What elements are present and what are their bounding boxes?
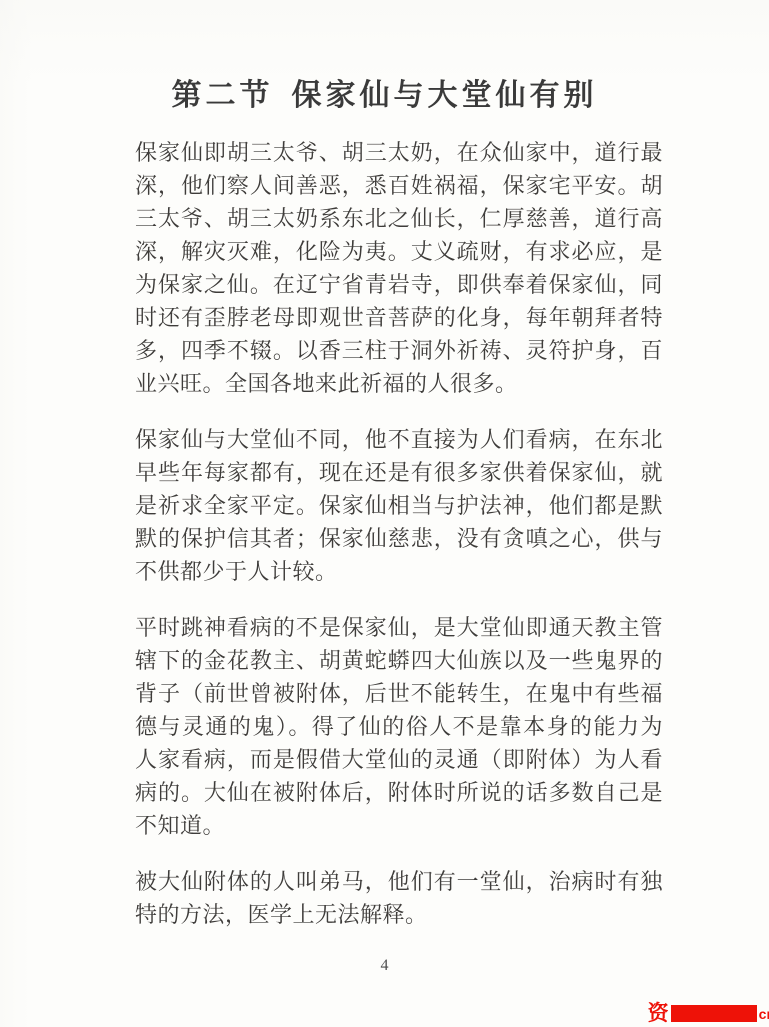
watermark: 资 cn — [648, 1003, 769, 1023]
body-text: 保家仙即胡三太爷、胡三太奶，在众仙家中，道行最深，他们察人间善恶，悉百姓祸福，保… — [135, 136, 663, 954]
watermark-suffix-text: cn — [759, 1006, 769, 1023]
section-title-text: 保家仙与大堂仙有别 — [292, 79, 598, 112]
paragraph-1: 保家仙即胡三太爷、胡三太奶，在众仙家中，道行最深，他们察人间善恶，悉百姓祸福，保… — [135, 136, 663, 400]
page-number: 4 — [0, 957, 769, 975]
paragraph-2: 保家仙与大堂仙不同，他不直接为人们看病，在东北早些年每家都有，现在还是有很多家供… — [135, 423, 663, 588]
paragraph-3: 平时跳神看病的不是保家仙，是大堂仙即通天教主管辖下的金花教主、胡黄蛇蟒四大仙族以… — [135, 611, 663, 842]
section-title-number: 第二节 — [172, 79, 274, 112]
watermark-prefix-text: 资 — [648, 1003, 669, 1023]
watermark-bar — [671, 1005, 757, 1022]
paragraph-4: 被大仙附体的人叫弟马，他们有一堂仙，治病时有独特的方法，医学上无法解释。 — [135, 865, 663, 931]
document-page: 第二节保家仙与大堂仙有别 保家仙即胡三太爷、胡三太奶，在众仙家中，道行最深，他们… — [0, 0, 769, 1027]
section-title: 第二节保家仙与大堂仙有别 — [0, 70, 769, 114]
